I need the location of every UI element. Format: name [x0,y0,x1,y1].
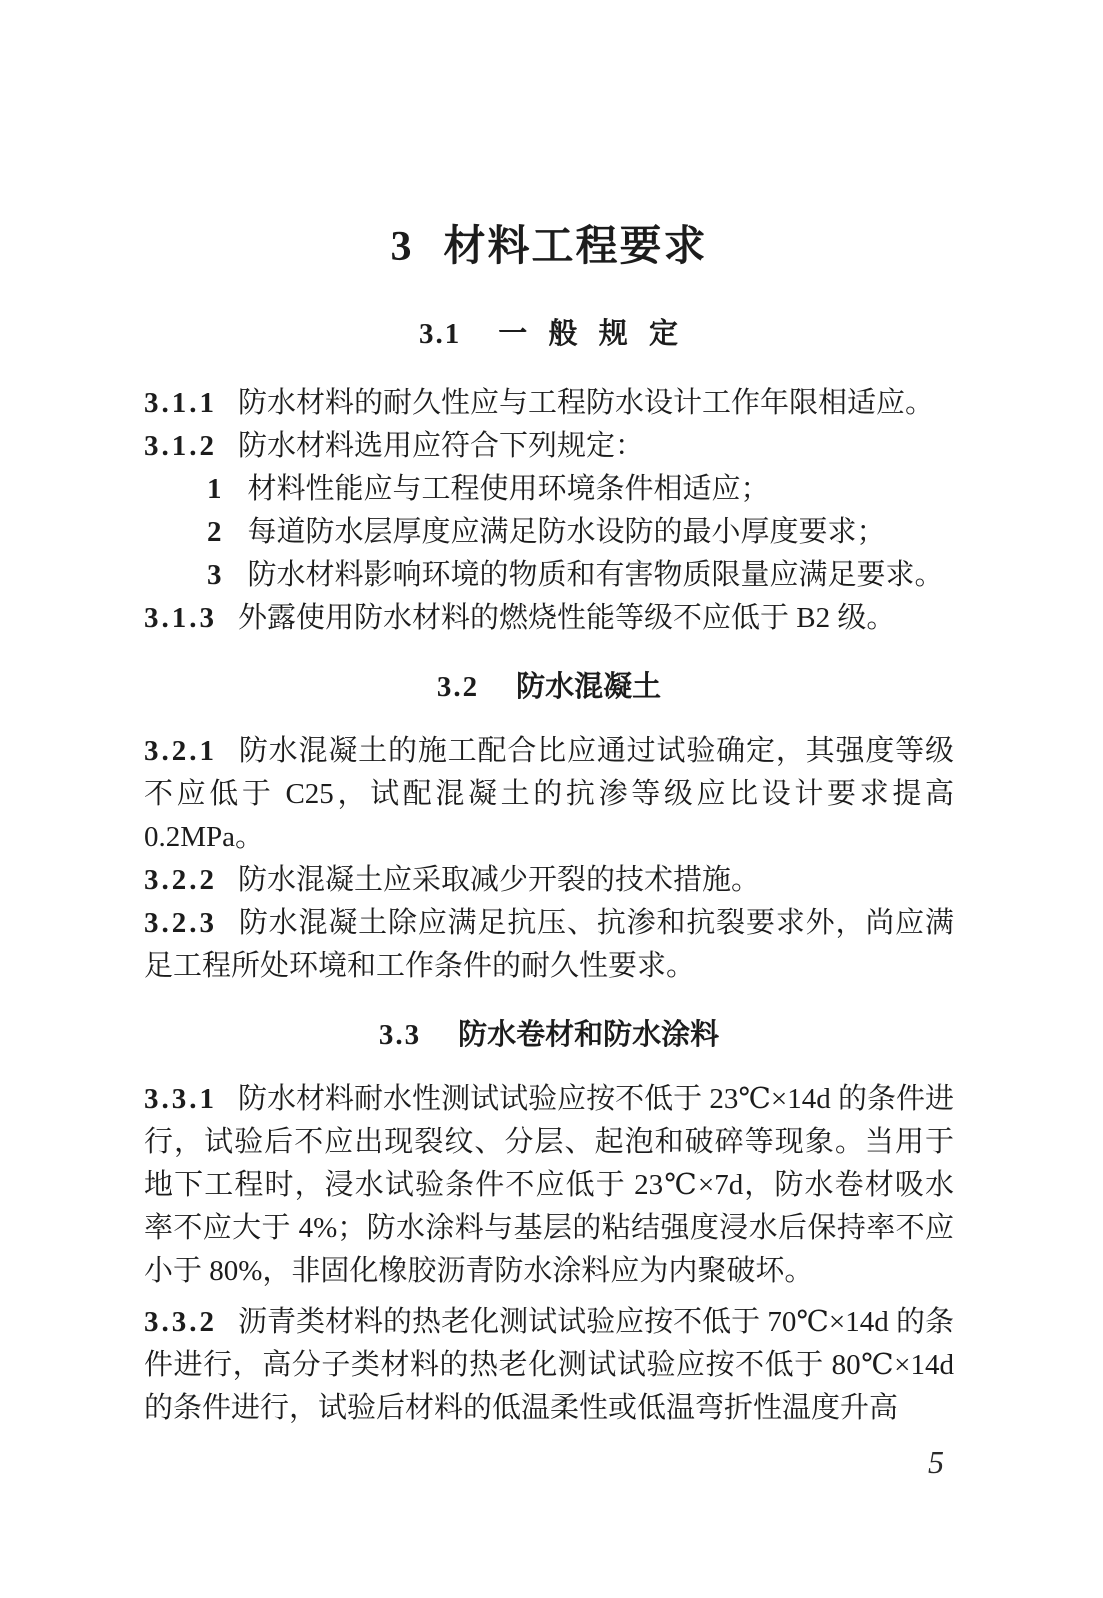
item-text: 材料性能应与工程使用环境条件相适应； [248,473,770,505]
clause-3-3-2: 3.3.2沥青类材料的热老化测试试验应按不低于 70℃×14d 的条件进行，高分… [144,1301,954,1430]
page-content: 3材料工程要求 3.1一 般 规 定 3.1.1防水材料的耐久性应与工程防水设计… [144,0,954,1430]
clause-number: 3.2.3 [144,907,217,939]
clause-text: 防水混凝土的施工配合比应通过试验确定，其强度等级不应低于 C25，试配混凝土的抗… [144,735,954,853]
item-text: 每道防水层厚度应满足防水设防的最小厚度要求； [248,516,886,548]
list-item-1: 1材料性能应与工程使用环境条件相适应； [144,468,954,511]
clause-number: 3.1.1 [144,387,217,419]
clause-number: 3.1.3 [144,602,217,634]
clause-3-2-2: 3.2.2防水混凝土应采取减少开裂的技术措施。 [144,859,954,902]
section-heading-3-1: 3.1一 般 规 定 [144,317,954,351]
clause-number: 3.3.2 [144,1306,217,1338]
item-number: 2 [207,516,222,548]
clause-text: 防水材料的耐久性应与工程防水设计工作年限相适应。 [238,387,934,419]
clause-text: 外露使用防水材料的燃烧性能等级不应低于 B2 级。 [238,602,895,634]
item-text: 防水材料影响环境的物质和有害物质限量应满足要求。 [248,559,944,591]
section-number-3-1: 3.1 [419,318,461,350]
section-number-3-3: 3.3 [379,1019,421,1051]
list-item-2: 2每道防水层厚度应满足防水设防的最小厚度要求； [144,511,954,554]
chapter-title-text: 材料工程要求 [443,224,707,270]
section-title-3-1: 一 般 规 定 [498,318,679,350]
clause-number: 3.2.2 [144,864,217,896]
clause-number: 3.3.1 [144,1083,217,1115]
chapter-number: 3 [390,224,413,270]
clause-3-1-2: 3.1.2防水材料选用应符合下列规定： [144,425,954,468]
clause-text: 防水混凝土应采取减少开裂的技术措施。 [238,864,760,896]
section-number-3-2: 3.2 [437,671,479,703]
clause-3-3-1: 3.3.1防水材料耐水性测试试验应按不低于 23℃×14d 的条件进行，试验后不… [144,1078,954,1293]
clause-3-2-1: 3.2.1防水混凝土的施工配合比应通过试验确定，其强度等级不应低于 C25，试配… [144,730,954,859]
item-number: 3 [207,559,222,591]
chapter-title: 3材料工程要求 [144,223,954,271]
clause-3-1-1: 3.1.1防水材料的耐久性应与工程防水设计工作年限相适应。 [144,382,954,425]
clause-3-1-3: 3.1.3外露使用防水材料的燃烧性能等级不应低于 B2 级。 [144,597,954,640]
clause-number: 3.2.1 [144,735,217,767]
list-item-3: 3防水材料影响环境的物质和有害物质限量应满足要求。 [144,554,954,597]
section-title-3-2: 防水混凝土 [516,671,661,703]
clause-text: 防水材料选用应符合下列规定： [238,430,644,462]
section-heading-3-2: 3.2防水混凝土 [144,670,954,704]
clause-3-2-3: 3.2.3防水混凝土除应满足抗压、抗渗和抗裂要求外，尚应满足工程所处环境和工作条… [144,902,954,988]
section-title-3-3: 防水卷材和防水涂料 [458,1019,719,1051]
clause-text: 防水混凝土除应满足抗压、抗渗和抗裂要求外，尚应满足工程所处环境和工作条件的耐久性… [144,907,954,982]
section-heading-3-3: 3.3防水卷材和防水涂料 [144,1018,954,1052]
page-number: 5 [928,1444,944,1481]
clause-text: 防水材料耐水性测试试验应按不低于 23℃×14d 的条件进行，试验后不应出现裂纹… [144,1083,954,1287]
item-number: 1 [207,473,222,505]
clause-number: 3.1.2 [144,430,217,462]
clause-text: 沥青类材料的热老化测试试验应按不低于 70℃×14d 的条件进行，高分子类材料的… [144,1306,954,1424]
document-page: 3材料工程要求 3.1一 般 规 定 3.1.1防水材料的耐久性应与工程防水设计… [0,0,1103,1598]
